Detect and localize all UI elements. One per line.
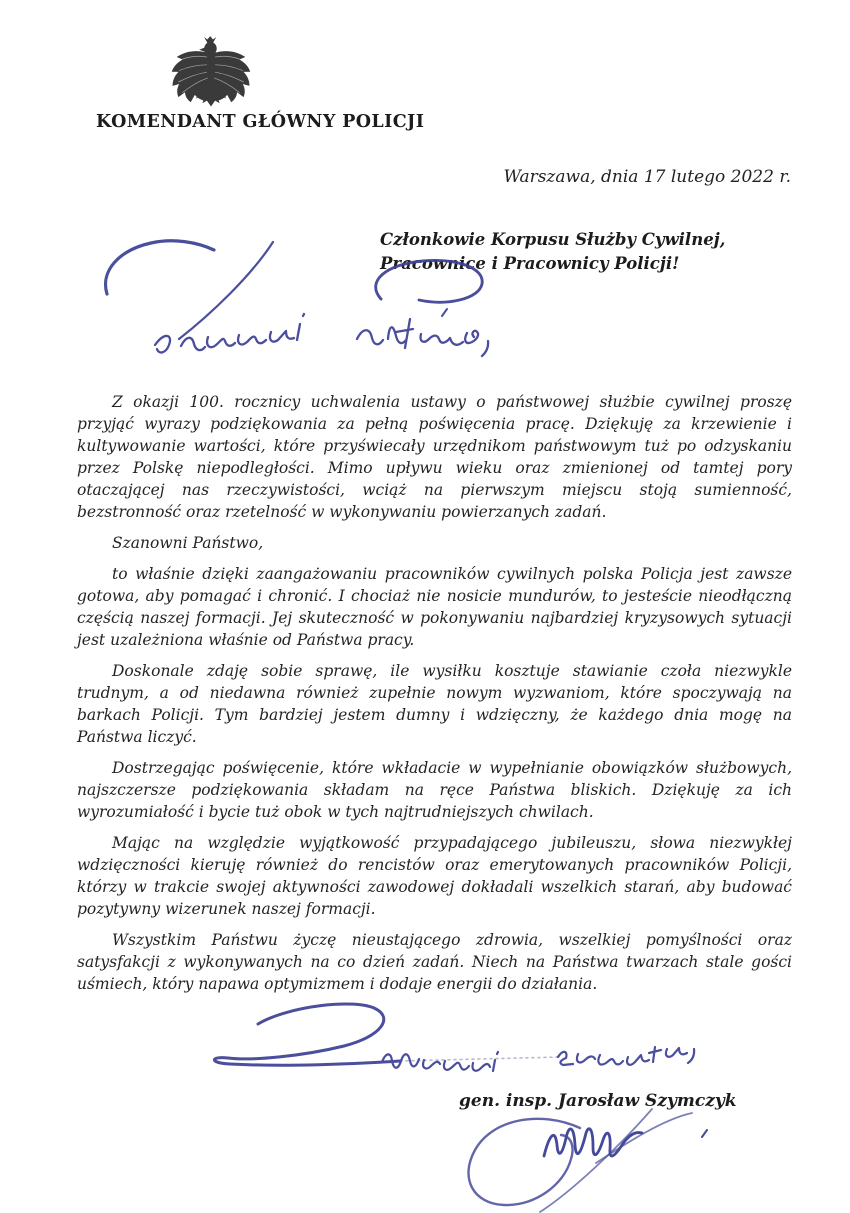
addressee-line-1: Członkowie Korpusu Służby Cywilnej, [380,228,725,252]
polish-eagle-emblem [166,36,256,110]
closing-ink-strokes [214,1004,694,1071]
letter-paragraph: Dostrzegając poświęcenie, które wkładaci… [77,757,792,823]
letter-paragraph: Mając na względzie wyjątkowość przypadaj… [77,832,792,920]
signatory-name: gen. insp. Jarosław Szymczyk [459,1091,737,1111]
letter-page: KOMENDANT GŁÓWNY POLICJI Warszawa, dnia … [0,0,850,1213]
letter-salutation: Szanowni Państwo, [77,532,792,554]
signature-ink-strokes [468,1109,707,1212]
letter-paragraph: Z okazji 100. rocznicy uchwalenia ustawy… [77,391,792,523]
eagle-silhouette [172,36,251,106]
letter-paragraph: Doskonale zdaję sobie sprawę, ile wysiłk… [77,660,792,748]
dateline: Warszawa, dnia 17 lutego 2022 r. [503,167,791,187]
signature-scrawl [438,1106,820,1213]
handwritten-closing [160,998,800,1086]
letter-body: Z okazji 100. rocznicy uchwalenia ustawy… [77,391,792,1004]
addressee-block: Członkowie Korpusu Służby Cywilnej, Prac… [380,228,725,275]
sender-title: KOMENDANT GŁÓWNY POLICJI [96,112,424,132]
letter-paragraph: to właśnie dzięki zaangażowaniu pracowni… [77,563,792,651]
addressee-line-2: Pracownice i Pracownicy Policji! [380,252,725,276]
letter-paragraph: Wszystkim Państwu życzę nieustającego zd… [77,929,792,995]
